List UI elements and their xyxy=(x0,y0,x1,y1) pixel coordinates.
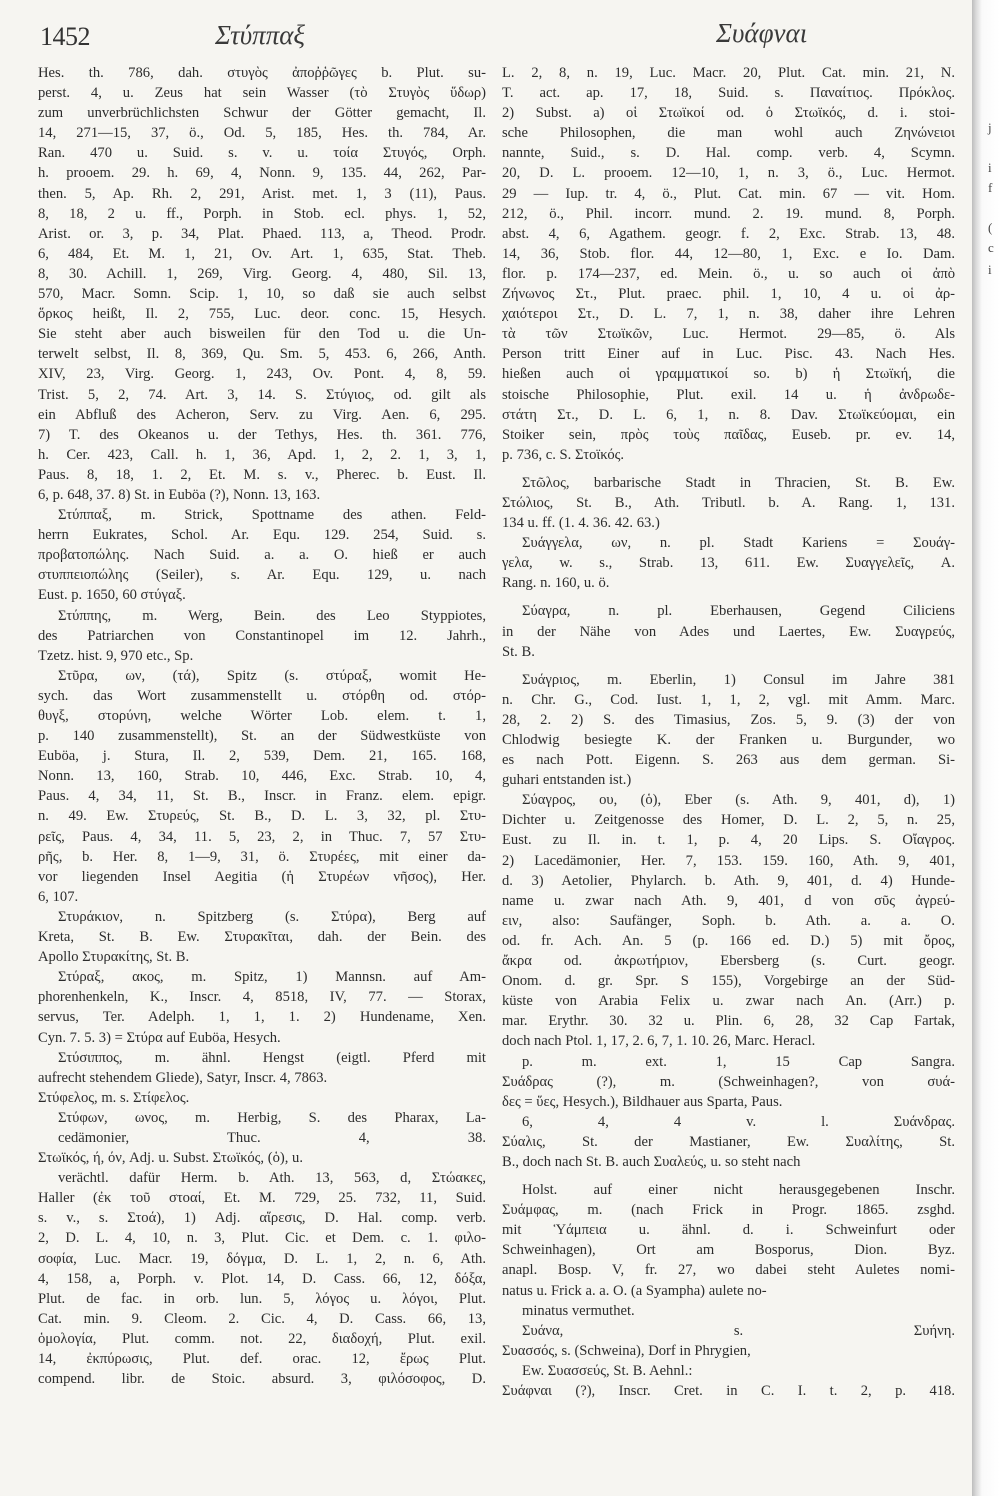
entry-headword-line: Holst. auf einer nicht herausgegebenen I… xyxy=(502,1180,955,1200)
text-line: guhari entstanden ist.) xyxy=(502,770,955,790)
text-line: 14, ἐκπύρωσις, Plut. def. orac. 12, ἔρως… xyxy=(38,1349,486,1369)
text-line: Ζήνωνος Στ., Plut. praec. phil. 1, 10, 4… xyxy=(502,284,955,304)
text-line: in der Nähe von Ades und Laertes, Ew. Συ… xyxy=(502,622,955,642)
margin-fragment: i xyxy=(988,262,992,278)
text-line: 570, Macr. Somn. Scip. 1, 10, so daß sie… xyxy=(38,284,486,304)
text-line: Στύφελος, m. s. Στίφελος. xyxy=(38,1088,486,1108)
text-line: doch nach Ptol. 1, 17, 2. 6, 7, 1. 10. 2… xyxy=(502,1031,955,1051)
running-head-right: Συάφναι xyxy=(716,18,807,49)
text-line: Συάδρας (?), m. (Schweinhagen?, von συά- xyxy=(502,1072,955,1092)
page-number: 1452 xyxy=(40,22,90,52)
text-line: sche Philosophen, die man wohl auch Ζηνώ… xyxy=(502,123,955,143)
entry-spacer xyxy=(502,1172,955,1180)
text-line: od. fr. Ach. An. 5 (p. 166 ed. D.) 5) mi… xyxy=(502,931,955,951)
text-line: p. 736, c. S. Στοϊκός. xyxy=(502,445,955,465)
text-line: Plut. de fac. in orb. lun. 5, λόγος u. λ… xyxy=(38,1289,486,1309)
entry-headword-line: Στῦρα, ων, (τά), Spitz (s. στύραξ, womit… xyxy=(38,666,486,686)
text-line: Cat. min. 9. Cleom. 2. Cic. 4, D. Cass. … xyxy=(38,1309,486,1329)
text-line: Schweinhagen), Ort am Bosporus, Dion. By… xyxy=(502,1240,955,1260)
text-line: Trist. 5, 2, 74. Art. 3, 14. S. Στύγιος,… xyxy=(38,385,486,405)
text-line: 7) T. des Okeanos u. der Tethys, Hes. th… xyxy=(38,425,486,445)
text-line: Eust. zu Il. in. t. 1, p. 4, 20 Lips. S.… xyxy=(502,830,955,850)
margin-fragment: ( xyxy=(988,220,992,236)
text-line: XIV, 23, Virg. Georg. 1, 243, Ov. Pont. … xyxy=(38,364,486,384)
text-line: küste von Arabia Felix u. zwar nach An. … xyxy=(502,991,955,1011)
text-line: 14, 36, Stob. flor. 44, 12—80, 1, Exc. e… xyxy=(502,244,955,264)
page-header: 1452 Στύππαξ Συάφναι xyxy=(0,22,972,56)
text-line: Tzetz. hist. 9, 970 etc., Sp. xyxy=(38,646,486,666)
text-line: θυγξ, στορύνη, welche Wörter Lob. elem. … xyxy=(38,706,486,726)
entry-headword-line: 6, 4, 4 v. l. Συάνδρας. xyxy=(502,1112,955,1132)
text-line: 134 u. ff. (1. 4. 36. 42. 63.) xyxy=(502,513,955,533)
text-line: Συασσός, s. (Schweina), Dorf in Phrygien… xyxy=(502,1341,955,1361)
text-line: στυππειοπώλης (Seiler), s. Ar. Equ. 129,… xyxy=(38,565,486,585)
margin-fragment: c xyxy=(988,240,994,256)
text-line: Stoiker sein, πρὸς τοὺς παῖδας, Euseb. p… xyxy=(502,425,955,445)
text-line: Cyn. 7. 5. 3) = Στύρα auf Euböa, Hesych. xyxy=(38,1028,486,1048)
text-line: phorenhenkeln, K., Inscr. 4, 8518, IV, 7… xyxy=(38,987,486,1007)
text-line: 29 — Iup. tr. 4, ö., Plut. Cat. min. 67 … xyxy=(502,184,955,204)
entry-headword-line: cedämonier, Thuc. 4, 38. xyxy=(38,1128,486,1148)
text-line: anapl. Bosp. V, fr. 27, wo dabei steht A… xyxy=(502,1260,955,1280)
text-line: 6, p. 648, 37. 8) St. in Euböa (?), Nonn… xyxy=(38,485,486,505)
text-line: mar. Erythr. 30. 32 u. Plin. 6, 28, 32 C… xyxy=(502,1011,955,1031)
text-line: Euböa, j. Stura, Il. 2, 539, Dem. 21, 16… xyxy=(38,746,486,766)
adjacent-page-edge xyxy=(972,0,1000,1496)
text-line: 4, 158, a, Porph. v. Plot. 14, D. Cass. … xyxy=(38,1269,486,1289)
text-line: s. v., s. Στοά), 1) Adj. αἵρεσις, D. Hal… xyxy=(38,1208,486,1228)
text-line: Sie steht aber auch bisweilen für den To… xyxy=(38,324,486,344)
running-head-left: Στύππαξ xyxy=(215,20,305,51)
text-line: 8, 30. Achill. 1, 269, Virg. Georg. 4, 4… xyxy=(38,264,486,284)
text-line: Nonn. 13, 160, Strab. 10, 446, Exc. Stra… xyxy=(38,766,486,786)
text-line: flor. p. 174—237, ed. Mein. ö., u. so au… xyxy=(502,264,955,284)
right-column: L. 2, 8, n. 19, Luc. Macr. 20, Plut. Cat… xyxy=(502,63,955,1401)
text-line: 6, 484, Et. M. 1, 21, Ov. Art. 1, 635, S… xyxy=(38,244,486,264)
text-line: compend. libr. de Stoic. absurd. 3, φιλό… xyxy=(38,1369,486,1389)
text-line: sych. das Wort zusammenstellt u. στόρθη … xyxy=(38,686,486,706)
text-line: abst. 4, 6, Agathem. geogr. f. 2, Exc. S… xyxy=(502,224,955,244)
text-line: Chlodwig besiegte K. der Franken u. Burg… xyxy=(502,730,955,750)
text-line: 212, ö., Phil. incorr. mund. 2. 19. mund… xyxy=(502,204,955,224)
text-line: γελα, w. s., Strab. 13, 611. Ew. Συαγγελ… xyxy=(502,553,955,573)
entry-headword-line: Στύππαξ, m. Strick, Spottname des athen.… xyxy=(38,505,486,525)
text-line: p. 140 zusammenstellt), St. an der Südwe… xyxy=(38,726,486,746)
entry-headword-line: Στύππης, m. Werg, Bein. des Leo Styppiot… xyxy=(38,606,486,626)
entry-headword-line: minatus vermuthet. xyxy=(502,1301,955,1321)
text-line: 2) Subst. a) οἱ Στωϊκοί od. ὁ Στωϊκός, d… xyxy=(502,103,955,123)
dictionary-page: 1452 Στύππαξ Συάφναι Hes. th. 786, dah. … xyxy=(0,0,972,1496)
entry-headword-line: p. m. ext. 1, 15 Cap Sangra. xyxy=(502,1052,955,1072)
text-line: Ran. 470 u. Suid. s. v. u. τοία Στυγός, … xyxy=(38,143,486,163)
text-line: 8, 18, 2 u. ff., Porph. in Stob. ecl. ph… xyxy=(38,204,486,224)
text-line: herrn Eukrates, Schol. Ar. Equ. 129. 254… xyxy=(38,525,486,545)
text-line: stoische Philosophie, Plut. exil. 14 u. … xyxy=(502,385,955,405)
entry-headword-line: Στυράκιον, n. Spitzberg (s. Στύρα), Berg… xyxy=(38,907,486,927)
entry-headword-line: Σύαγρος, ου, (ὁ), Eber (s. Ath. 9, 401, … xyxy=(502,790,955,810)
text-line: Haller (ἐκ τοῦ στοαί, Et. M. 729, 25. 73… xyxy=(38,1188,486,1208)
text-line: hießen auch οἱ γραμματικοί so. b) ἡ Στωϊ… xyxy=(502,364,955,384)
text-line: Στωϊκός, ή, όν, Adj. u. Subst. Στωϊκός, … xyxy=(38,1148,486,1168)
entry-spacer xyxy=(502,593,955,601)
entry-headword-line: verächtl. dafür Herm. b. Ath. 13, 563, d… xyxy=(38,1168,486,1188)
entry-headword-line: Στύραξ, ακος, m. Spitz, 1) Mannsn. auf A… xyxy=(38,967,486,987)
entry-headword-line: Στύφων, ωνος, m. Herbig, S. des Pharax, … xyxy=(38,1108,486,1128)
text-line: Arist. or. 3, p. 34, Plat. Phaed. 113, a… xyxy=(38,224,486,244)
text-line: L. 2, 8, n. 19, Luc. Macr. 20, Plut. Cat… xyxy=(502,63,955,83)
text-line: Σύαλις, St. der Mastianer, Ew. Συαλίτης,… xyxy=(502,1132,955,1152)
entry-headword-line: Συάγγελα, ων, n. pl. Stadt Kariens = Σου… xyxy=(502,533,955,553)
text-line: Kreta, St. B. Ew. Στυρακῖται, dah. der B… xyxy=(38,927,486,947)
margin-fragment: j xyxy=(988,120,992,136)
text-line: perst. 4, u. Zeus hat sein Wasser (τὸ Στ… xyxy=(38,83,486,103)
text-line: vor liegenden Insel Aegitia (ἡ Στυρέων ν… xyxy=(38,867,486,887)
text-line: natus u. Frick a. a. O. (a Syampha) aule… xyxy=(502,1281,955,1301)
text-line: σοφία, Luc. Macr. 19, δόγμα, D. L. 1, 2,… xyxy=(38,1249,486,1269)
text-line: servus, Ter. Adelph. 1, 1, 1. 2) Hundena… xyxy=(38,1007,486,1027)
text-line: Apollo Στυρακίτης, St. B. xyxy=(38,947,486,967)
text-line: Στώλιος, St. B., Ath. Tributl. b. A. Ran… xyxy=(502,493,955,513)
text-line: δες = ὕες, Hesych.), Bildhauer aus Spart… xyxy=(502,1092,955,1112)
entry-headword-line: Στύσιππος, m. ähnl. Hengst (eigtl. Pferd… xyxy=(38,1048,486,1068)
entry-headword-line: Συάνα, s. Συήνη. xyxy=(502,1321,955,1341)
text-line: ρεῖς, Paus. 4, 34, 11. 5, 23, 2, in Thuc… xyxy=(38,827,486,847)
text-line: ἄκρα od. ἀκρωτήριον, Ebersberg (s. Curt.… xyxy=(502,951,955,971)
text-line: 28, 2. 2) S. des Timasius, Zos. 5, 9. (3… xyxy=(502,710,955,730)
entry-headword-line: Συάγριος, m. Eberlin, 1) Consul im Jahre… xyxy=(502,670,955,690)
text-line: Dichter u. Zeitgenosse des Homer, D. L. … xyxy=(502,810,955,830)
text-line: B., doch nach St. B. auch Συαλεύς, u. so… xyxy=(502,1152,955,1172)
text-line: προβατοπώλης. Nach Suid. a. a. O. hieß e… xyxy=(38,545,486,565)
text-line: Συάμφας, m. (nach Frick in Progr. 1865. … xyxy=(502,1200,955,1220)
text-line: Rang. n. 160, u. ö. xyxy=(502,573,955,593)
text-line: d. 3) Aetolier, Phylarch. b. Ath. 9, 401… xyxy=(502,871,955,891)
text-line: 2, D. L. 4, 10, n. 3, Plut. Cic. et Dem.… xyxy=(38,1228,486,1248)
text-line: χαιότεροι Στ., D. L. 7, 1, n. 38, daher … xyxy=(502,304,955,324)
text-line: h. Cer. 423, Call. h. 1, 36, Apd. 1, 2, … xyxy=(38,445,486,465)
text-line: n. Chr. G., Cod. Iust. 1, 1, 2, vgl. mit… xyxy=(502,690,955,710)
margin-fragment: i xyxy=(988,160,992,176)
text-line: nannte, Suid., s. D. Hal. comp. verb. 4,… xyxy=(502,143,955,163)
text-line: des Patriarchen von Constantinopel im 12… xyxy=(38,626,486,646)
entry-headword-line: Σύαγρα, n. pl. Eberhausen, Gegend Cilici… xyxy=(502,601,955,621)
text-line: 2) Lacedämonier, Her. 7, 153. 159. 160, … xyxy=(502,851,955,871)
left-column: Hes. th. 786, dah. στυγὸς ἀποῤῥῶγες b. P… xyxy=(38,63,486,1389)
text-line: T. act. ap. 17, 18, Suid. s. Παναίτιος. … xyxy=(502,83,955,103)
text-line: Person tritt Einer auf in Luc. Pisc. 43.… xyxy=(502,344,955,364)
text-line: 14, 271—15, 37, ö., Od. 5, 185, Hes. th.… xyxy=(38,123,486,143)
text-line: n. 49. Ew. Στυρεύς, St. B., D. L. 3, 32,… xyxy=(38,806,486,826)
text-line: Συάφναι (?), Inscr. Cret. in C. I. t. 2,… xyxy=(502,1381,955,1401)
text-line: aufrecht stehendem Gliede), Satyr, Inscr… xyxy=(38,1068,486,1088)
entry-headword-line: Ew. Συασσεύς, St. B. Aehnl.: xyxy=(502,1361,955,1381)
text-line: terwelt selbst, Il. 8, 369, Qu. Sm. 5, 4… xyxy=(38,344,486,364)
text-line: ὁμολογία, Plut. comm. not. 22, διαδοχή, … xyxy=(38,1329,486,1349)
text-line: St. B. xyxy=(502,642,955,662)
entry-spacer xyxy=(502,465,955,473)
text-line: mit Ὑάμπεια u. ähnl. d. i. Schweinfurt o… xyxy=(502,1220,955,1240)
text-line: zum unverbrüchlichsten Schwur der Götter… xyxy=(38,103,486,123)
entry-spacer xyxy=(502,662,955,670)
text-line: στάτη Στ., D. L. 6, 1, n. 8. Dav. Στωϊκε… xyxy=(502,405,955,425)
text-line: Paus. 8, 18, 1. 2, Et. M. s. v., Pherec.… xyxy=(38,465,486,485)
text-line: ρῆς, b. Her. 8, 1—9, 31, ö. Στυρέες, mit… xyxy=(38,847,486,867)
text-line: then. 5, Ap. Rh. 2, 291, Arist. met. 1, … xyxy=(38,184,486,204)
text-line: name u. zwar nach Ath. 9, 401, d von σῦς… xyxy=(502,891,955,911)
text-line: 20, D. L. prooem. 12—10, 1, n. 3, ö., Lu… xyxy=(502,163,955,183)
text-line: Hes. th. 786, dah. στυγὸς ἀποῤῥῶγες b. P… xyxy=(38,63,486,83)
text-line: Paus. 4, 34, 11, St. B., Inscr. in Franz… xyxy=(38,786,486,806)
text-line: es nach Pott. Eigenn. S. 263 aus dem ger… xyxy=(502,750,955,770)
margin-fragment: f xyxy=(988,180,992,196)
text-line: Onom. d. gr. Spr. S 155), Vorgebirge an … xyxy=(502,971,955,991)
text-line: ειν, also: Saufänger, Soph. b. Ath. a. a… xyxy=(502,911,955,931)
text-line: ein Abfluß des Acheron, Serv. zu Virg. A… xyxy=(38,405,486,425)
text-line: h. prooem. 29. h. 69, 4, Nonn. 9, 135. 4… xyxy=(38,163,486,183)
text-line: Eust. p. 1650, 60 στύγαξ. xyxy=(38,585,486,605)
entry-headword-line: Στῶλος, barbarische Stadt in Thracien, S… xyxy=(502,473,955,493)
text-line: 6, 107. xyxy=(38,887,486,907)
text-line: ὅρκος heißt, Il. 2, 755, Luc. deor. conc… xyxy=(38,304,486,324)
text-line: τὰ τῶν Στωϊκῶν, Luc. Hermot. 29—85, ö. A… xyxy=(502,324,955,344)
